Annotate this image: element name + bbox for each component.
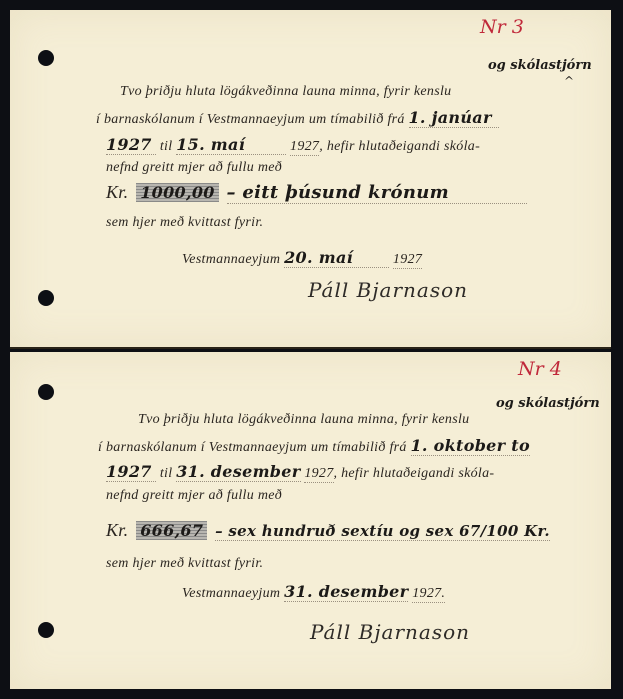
punch-hole [38,50,54,66]
inserted-annotation: og skólastjórn [488,58,592,73]
punch-hole [38,290,54,306]
place-label: Vestmannaeyjum [182,252,280,267]
amount-figure: 1000,00 [136,183,218,202]
amount-in-words: – eitt þúsund krónum [227,182,527,204]
til-label: til [160,139,173,154]
amount-in-words: – sex hundruð sextíu og sex 67/100 Kr. [215,522,550,541]
text-line-6: sem hjer með kvittast fyrir. [106,215,263,231]
to-date: 31. desember [176,462,300,482]
place-date-line: Vestmannaeyjum 31. desember 1927. [182,582,445,603]
text-line-1: Tvo þriðju hluta lögákveðinna launa minn… [120,84,451,100]
inserted-annotation: og skólastjórn [496,396,600,411]
line-3-suffix: , hefir hlutaðeigandi skóla- [319,139,480,154]
receipt-number: Nr 3 [480,16,524,38]
punch-hole [38,622,54,638]
text-line-6: sem hjer með kvittast fyrir. [106,556,263,572]
signed-date: 20. maí [284,248,389,268]
to-year: 1927 [304,466,333,483]
currency-label: Kr. [106,520,128,540]
to-date: 15. maí [176,135,286,155]
text-line-2: í barnaskólanum í Vestmannaeyjum um tíma… [96,108,499,128]
til-label: til [160,466,173,481]
from-year: 1927 [106,135,156,155]
from-date: 1. janúar [409,108,499,128]
signed-year: 1927. [412,586,445,603]
text-line-4: nefnd greitt mjer að fullu með [106,160,282,176]
line-2-prefix: í barnaskólanum í Vestmannaeyjum um tíma… [96,112,405,127]
insertion-caret: ^ [564,74,574,88]
signature: Páll Bjarnason [310,620,470,644]
punch-hole [38,384,54,400]
signed-date: 31. desember [284,582,408,602]
line-2-prefix: í barnaskólanum í Vestmannaeyjum um tíma… [98,440,407,455]
receipt-card-3: Nr 3 og skólastjórn ^ Tvo þriðju hluta l… [10,10,611,349]
receipt-card-4: Nr 4 og skólastjórn Tvo þriðju hluta lög… [10,352,611,689]
to-year: 1927 [290,139,319,156]
from-date: 1. oktober to [411,436,530,456]
text-line-3: 1927 til 31. desember 1927, hefir hlutað… [106,462,494,483]
signed-year: 1927 [393,252,422,269]
place-date-line: Vestmannaeyjum 20. maí 1927 [182,248,422,269]
text-line-amount: Kr. 1000,00 – eitt þúsund krónum [106,182,527,204]
text-line-amount: Kr. 666,67 – sex hundruð sextíu og sex 6… [106,520,550,541]
place-label: Vestmannaeyjum [182,586,280,601]
text-line-1: Tvo þriðju hluta lögákveðinna launa minn… [138,412,469,428]
currency-label: Kr. [106,182,128,202]
amount-figure: 666,67 [136,521,207,540]
from-year: 1927 [106,462,156,482]
text-line-4: nefnd greitt mjer að fullu með [106,488,282,504]
text-line-2: í barnaskólanum í Vestmannaeyjum um tíma… [98,436,530,456]
receipt-number: Nr 4 [518,358,562,380]
signature: Páll Bjarnason [308,278,468,302]
text-line-3: 1927 til 15. maí 1927, hefir hlutaðeigan… [106,135,480,156]
line-3-suffix: , hefir hlutaðeigandi skóla- [334,466,495,481]
